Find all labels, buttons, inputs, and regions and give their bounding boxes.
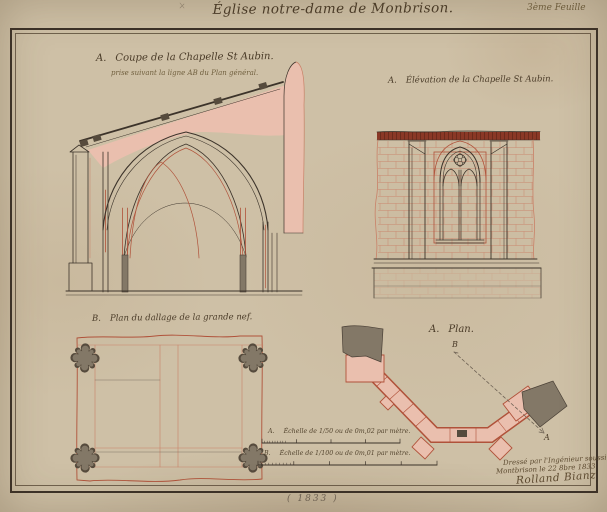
elevation-title-text: Élévation de la Chapelle St Aubin. [406,74,554,85]
scale-bar-b [258,461,437,465]
inner-piers [122,208,246,292]
drawing-sheet: Église notre-dame de Monbrison. 3ème Feu… [0,0,607,512]
scale-b-caption: B.Échelle de 1/100 ou de 0m,01 par mètre… [264,451,411,457]
sheet-number-label: 3ème Feuille [527,4,586,13]
dallage-title-text: Plan du dallage de la grande nef. [110,312,253,323]
vault-ribs [124,144,246,258]
dallage-title: B.Plan du dallage de la grande nef. [92,313,252,323]
plan-title-text: Plan. [448,324,474,335]
pier-sw [70,443,100,473]
scale-bar-a [262,439,400,443]
coupe-subtitle: prise suivant la ligne AB du Plan généra… [111,70,258,77]
plan-title: A.Plan. [429,325,474,335]
right-wall-wash [284,62,304,233]
scale-a-label: A. [268,428,275,435]
year-note: ( 1833 ) [287,495,339,504]
axis-window [457,430,467,437]
scale-a-text: Échelle de 1/50 ou de 0m,02 par mètre. [284,428,411,435]
plan-point-b: B [452,341,458,349]
dallage-grid [77,345,263,467]
pencil-mark [180,3,184,8]
elevation-drawing [372,131,541,298]
coupe-title-text: Coupe de la Chapelle St Aubin. [115,51,273,64]
outer-pillar [69,145,92,291]
stone-coursing [378,141,533,259]
scale-a-caption: A.Échelle de 1/50 ou de 0m,02 par mètre. [268,429,411,435]
pier-nw [70,343,100,373]
elevation-title: A.Élévation de la Chapelle St Aubin. [388,75,553,85]
elevation-label: A. [388,76,397,86]
plan-label: A. [429,324,439,335]
coupe-title: A.Coupe de la Chapelle St Aubin. [96,52,274,64]
dallage-plan-drawing [70,335,268,481]
scale-b-text: Échelle de 1/100 ou de 0m,01 par mètre. [280,450,411,457]
dallage-label: B. [92,314,101,324]
coupe-drawing [66,62,304,295]
pier-se [238,443,268,473]
page-title: Église notre-dame de Monbrison. [213,2,454,17]
pier-ne [238,343,268,373]
scale-b-label: B. [264,450,271,457]
roof-wash [88,85,286,168]
plan-point-a: A [544,434,550,442]
dallage-outline [77,335,263,481]
red-window-arch [130,162,199,258]
coupe-label: A. [96,53,107,64]
